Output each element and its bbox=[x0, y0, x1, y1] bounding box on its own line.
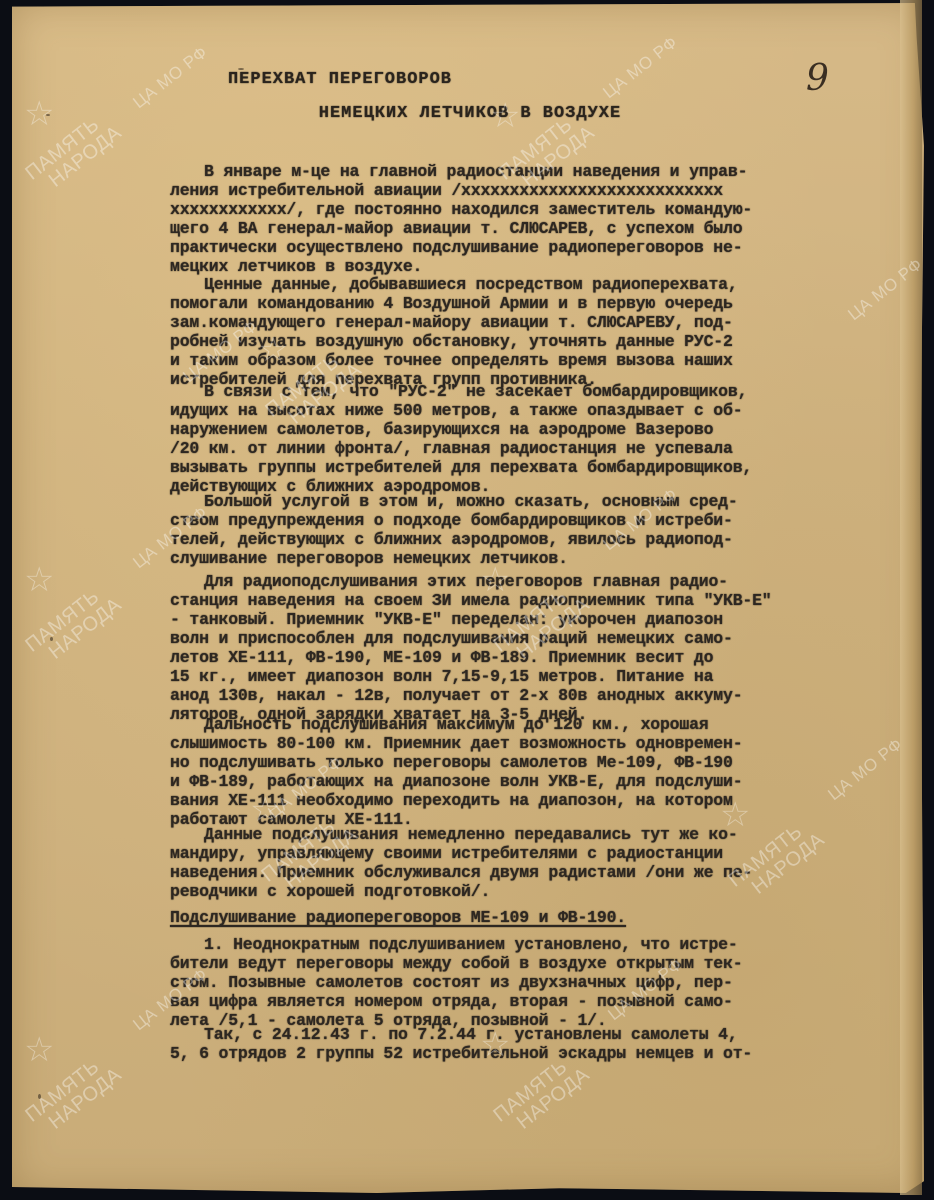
text-line: летов ХЕ-111, ФВ-190, МЕ-109 и ФВ-189. П… bbox=[170, 648, 876, 667]
text-line: и ФВ-189, работающих на диапозоне волн У… bbox=[170, 772, 876, 791]
text-line: наружением самолетов, базирующихся на аэ… bbox=[170, 420, 876, 439]
text-line: помогали командованию 4 Воздушной Армии … bbox=[170, 294, 876, 313]
text-line: робней изучать воздушную обстановку, уто… bbox=[170, 332, 876, 351]
text-line: вания ХЕ-111 необходимо переходить на ди… bbox=[170, 791, 876, 810]
text-line: стом. Позывные самолетов состоят из двух… bbox=[170, 973, 876, 992]
section-heading-text: Подслушивание радиопереговоров МЕ-109 и … bbox=[170, 908, 876, 927]
text-line: ления истребительной авиации /хххххххххх… bbox=[170, 181, 876, 200]
section-heading: Подслушивание радиопереговоров МЕ-109 и … bbox=[170, 908, 876, 927]
text-line: щего 4 ВА генерал-майор авиации т. СЛЮСА… bbox=[170, 219, 876, 238]
text-line: Большой услугой в этом и, можно сказать,… bbox=[170, 492, 876, 511]
text-line: станция наведения на своем ЗИ имела ради… bbox=[170, 591, 876, 610]
text-line: но подслушивать только переговоры самоле… bbox=[170, 753, 876, 772]
paper-speck bbox=[238, 68, 244, 70]
text-line: хххххххххххх/, где постоянно находился з… bbox=[170, 200, 876, 219]
text-line: реводчики с хорошей подготовкой/. bbox=[170, 882, 876, 901]
section-paragraph-1: 1. Неоднократным подслушиванием установл… bbox=[170, 935, 876, 1030]
text-line: телей, действующих с ближних аэродромов,… bbox=[170, 530, 876, 549]
text-line: Так, с 24.12.43 г. по 7.2.44 г. установл… bbox=[170, 1025, 876, 1044]
paragraph-4: Большой услугой в этом и, можно сказать,… bbox=[170, 492, 876, 568]
document-title-line-2: НЕМЕЦКИХ ЛЕТЧИКОВ В ВОЗДУХЕ bbox=[150, 104, 790, 123]
text-line: идущих на высотах ниже 500 метров, а так… bbox=[170, 401, 876, 420]
text-line: бители ведут переговоры между собой в во… bbox=[170, 954, 876, 973]
text-line: анод 130в, накал - 12в, получает от 2-х … bbox=[170, 686, 876, 705]
text-line: В связи с тем, что "РУС-2" не засекает б… bbox=[170, 382, 876, 401]
text-line: мецких летчиков в воздухе. bbox=[170, 257, 876, 276]
text-line: ством предупреждения о подходе бомбардир… bbox=[170, 511, 876, 530]
text-line: слышимость 80-100 км. Приемник дает возм… bbox=[170, 734, 876, 753]
text-line: вызывать группы истребителей для перехва… bbox=[170, 458, 876, 477]
page-number: 9 bbox=[806, 58, 829, 99]
paragraph-6: Дальность подслушивания максимум до 120 … bbox=[170, 715, 876, 829]
text-line: практически осуществлено подслушивание р… bbox=[170, 238, 876, 257]
text-line: /20 км. от линии фронта/, главная радиос… bbox=[170, 439, 876, 458]
paper-speck bbox=[38, 1094, 41, 1099]
document-title-line-1: ПЕРЕХВАТ ПЕРЕГОВОРОВ bbox=[90, 70, 590, 89]
text-line: наведения. Приемник обслуживался двумя р… bbox=[170, 863, 876, 882]
paper-speck bbox=[46, 114, 50, 116]
text-line: волн и приспособлен для подслушивания ра… bbox=[170, 629, 876, 648]
text-line: Ценные данные, добывавшиеся посредством … bbox=[170, 275, 876, 294]
text-line: 15 кг., имеет диапозон волн 7,15-9,15 ме… bbox=[170, 667, 876, 686]
text-line: - танковый. Приемник "УКВ-Е" переделан: … bbox=[170, 610, 876, 629]
text-line: вая цифра является номером отряда, втора… bbox=[170, 992, 876, 1011]
text-line: мандиру, управляющему своими истребителя… bbox=[170, 844, 876, 863]
text-line: Для радиоподслушивания этих переговоров … bbox=[170, 572, 876, 591]
paragraph-3: В связи с тем, что "РУС-2" не засекает б… bbox=[170, 382, 876, 496]
text-line: и таким образом более точнее определять … bbox=[170, 351, 876, 370]
paragraph-7: Данные подслушивания немедленно передава… bbox=[170, 825, 876, 901]
text-line: Дальность подслушивания максимум до 120 … bbox=[170, 715, 876, 734]
paragraph-1: В январе м-це на главной радиостанции на… bbox=[170, 162, 876, 276]
section-paragraph-2: Так, с 24.12.43 г. по 7.2.44 г. установл… bbox=[170, 1025, 876, 1063]
text-line: В январе м-це на главной радиостанции на… bbox=[170, 162, 876, 181]
text-line: Данные подслушивания немедленно передава… bbox=[170, 825, 876, 844]
text-line: 1. Неоднократным подслушиванием установл… bbox=[170, 935, 876, 954]
paper-speck bbox=[50, 637, 53, 641]
text-line: 5, 6 отрядов 2 группы 52 истребительной … bbox=[170, 1044, 876, 1063]
paragraph-5: Для радиоподслушивания этих переговоров … bbox=[170, 572, 876, 724]
page-edge bbox=[900, 0, 922, 1195]
text-line: слушивание переговоров немецких летчиков… bbox=[170, 549, 876, 568]
text-line: зам.командующего генерал-майору авиации … bbox=[170, 313, 876, 332]
paragraph-2: Ценные данные, добывавшиеся посредством … bbox=[170, 275, 876, 389]
